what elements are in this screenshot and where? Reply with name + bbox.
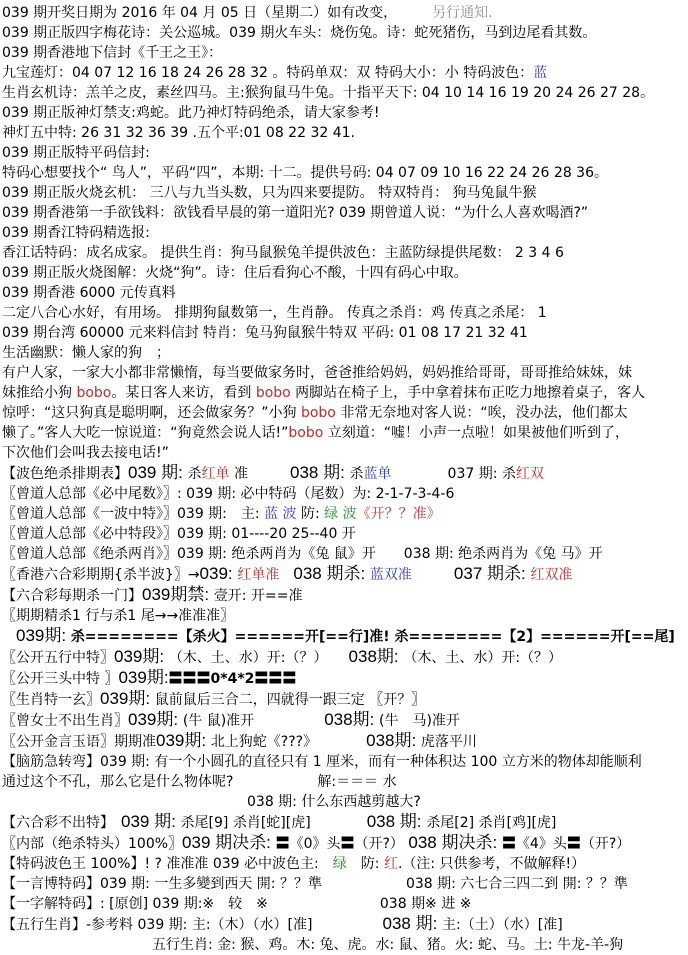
text-segment: 【六合彩不出特】 xyxy=(2,815,121,831)
text-segment: bobo xyxy=(76,385,111,401)
text-segment: 038 期: 六七合三四二到 開: ？？準 xyxy=(406,876,628,892)
text-line: 香江话特码：成名成家。 提供生肖：狗马鼠猴兔羊提供波色：主蓝防绿提供尾数： 2 … xyxy=(2,243,686,263)
text-segment: 〖期期精杀1 行与杀1 尾→→准准准〗 xyxy=(2,608,234,624)
text-segment: 〓 xyxy=(341,836,355,852)
text-line: 通过这个不孔，那么它是什么物体呢? 解:＝＝＝ 水 xyxy=(2,772,686,792)
text-line: 懒了。”客人大吃一惊说道：“狗竟然会说人话!”bobo 立刻道：“嘘！小声一点啦… xyxy=(2,423,686,443)
text-segment: 〖曾道人总部《一波中特》〗039 期: 主: xyxy=(2,506,264,522)
text-segment: 039 期正版特平码信封: xyxy=(2,145,150,161)
text-segment: 【一言博特码】039 期: 一生多變到西天 開: ？？準 xyxy=(2,876,406,892)
text-segment: 绿 波 xyxy=(324,506,356,522)
text-segment: 红单 xyxy=(202,466,230,482)
text-segment: 【六合彩每期杀一门】 xyxy=(2,588,142,604)
text-segment: 神灯五中特: 26 31 32 36 39 .五个平:01 08 22 32 4… xyxy=(2,125,355,141)
text-segment: 〖生肖特一玄〗 xyxy=(2,692,100,708)
text-segment: 039 期香港第一手欲钱料：欲钱看早晨的第一道阳光? 039 期曾道人说：“为什… xyxy=(2,205,588,221)
text-segment: 懒了。”客人大吃一惊说道：“狗竟然会说人话!” xyxy=(2,425,288,441)
text-segment: 039 期开奖日期为 2016 年 04 月 05 日（星期二）如有改变， xyxy=(2,5,390,21)
text-segment: 039期: xyxy=(100,689,155,708)
text-segment: 〓 xyxy=(502,836,516,852)
text-segment xyxy=(412,567,454,583)
document-body: 039 期开奖日期为 2016 年 04 月 05 日（星期二）如有改变， 另行… xyxy=(0,0,688,955)
text-segment: 038期: xyxy=(349,647,404,666)
text-line: 〖期期精杀1 行与杀1 尾→→准准准〗 xyxy=(2,606,686,626)
text-segment: 非常无奈地对客人说：“唉，没办法，他们都太 xyxy=(336,405,628,421)
text-segment: 037 期: xyxy=(448,466,502,482)
text-line: 神灯五中特: 26 31 32 36 39 .五个平:01 08 22 32 4… xyxy=(2,123,686,143)
text-segment: 主:（土）（水）[准] xyxy=(442,917,563,933)
text-segment: 【一字解特码】: [原创] 039 期:※ 较 ※ xyxy=(2,896,380,912)
text-line: 039期: 杀========【杀火】======开[==行]准! 杀=====… xyxy=(2,626,686,647)
text-segment: 另行通知. xyxy=(432,5,492,21)
text-segment: 〖香港六合彩期期{杀半波}〗→ xyxy=(2,567,200,583)
text-segment: 防: xyxy=(297,506,325,522)
text-segment: 〖曾道人总部《绝杀两肖》〗039 期: 绝杀两肖为《兔 鼠》开 038 期: 绝… xyxy=(2,546,603,562)
text-segment: 杀========【杀火】======开[==行]准! 杀========【2】… xyxy=(71,629,675,645)
text-line: 生肖玄机诗：羔羊之皮，素丝四马。主:猴狗鼠马牛兔。十指平天下: 04 10 14… xyxy=(2,83,686,103)
text-segment: 蓝双准 xyxy=(370,567,412,583)
text-segment: （开?） xyxy=(581,836,630,852)
text-segment: 九宝莲灯：04 07 12 16 18 24 26 28 32 。特码单双：双 … xyxy=(2,65,533,81)
text-segment: 038 期※ 进 ※ xyxy=(380,896,472,912)
text-line: 039 期台湾 60000 元来料信封 特肖：兔马狗鼠猴牛特双 平码: 01 0… xyxy=(2,323,686,343)
text-line: 〖曾道人总部《绝杀两肖》〗039 期: 绝杀两肖为《兔 鼠》开 038 期: 绝… xyxy=(2,544,686,564)
text-line: 〖曾道人总部《必中特段》〗039 期: 01----20 25--40 开 xyxy=(2,524,686,544)
text-line: 039 期香港第一手欲钱料：欲钱看早晨的第一道阳光? 039 期曾道人说：“为什… xyxy=(2,203,686,223)
text-segment: 〓 xyxy=(276,836,290,852)
text-segment: 【脑筋急转弯】039 期: 有一个小圆孔的直径只有 1 厘米，而有一种体积达 1… xyxy=(2,754,642,770)
text-segment: 039 期: xyxy=(121,812,181,831)
text-segment xyxy=(392,466,448,482)
text-line: 〖曾道人总部《必中尾数》〗: 039 期: 必中特码（尾数）为: 2-1-7-3… xyxy=(2,484,686,504)
text-segment: 蓝单 xyxy=(364,466,392,482)
text-segment: (牛 鼠)准开 xyxy=(183,713,324,729)
text-segment: 杀 xyxy=(350,466,364,482)
text-segment: 〖曾道人总部《必中尾数》〗: 039 期: 必中特码（尾数）为: 2-1-7-3… xyxy=(2,486,454,502)
text-segment: 妹推给小狗 xyxy=(2,385,76,401)
text-segment: bobo xyxy=(288,425,323,441)
text-segment: 红 xyxy=(384,856,398,872)
text-segment: 039: xyxy=(200,564,238,583)
text-line: 【六合彩每期杀一门】039期禁: 壹开: 开==准 xyxy=(2,585,686,606)
text-segment: 。某日客人来访，看到 xyxy=(111,385,255,401)
text-segment: 生肖玄机诗：羔羊之皮，素丝四马。主:猴狗鼠马牛兔。十指平天下: 04 10 14… xyxy=(2,85,654,101)
text-segment: 038 期: 什么东西越剪越大? xyxy=(247,794,421,810)
text-segment: 039 期香港 6000 元传真料 xyxy=(2,285,176,301)
text-segment: 〖曾女士不出生肖〗 xyxy=(2,713,128,729)
text-segment: 039 期香江特码精选报: xyxy=(2,225,150,241)
text-segment: 五行生肖: 金: 猴、鸡。木: 兔、虎。水: 鼠、猪。火: 蛇、马。土: 牛龙-… xyxy=(152,937,623,953)
text-line: 【六合彩不出特】 039 期: 杀尾[9] 杀肖[蛇][虎] 038 期: 杀尾… xyxy=(2,812,686,833)
text-segment: 039 期香港地下信封《千王之王》： xyxy=(2,45,222,61)
text-segment: 生活幽默：懒人家的狗 ； xyxy=(2,345,170,361)
text-segment: 039 期正版火烧图解：火烧“狗”。诗：住后看狗心不酸，十四有码心中取。 xyxy=(2,265,468,281)
text-segment: 香江话特码：成名成家。 提供生肖：狗马鼠猴兔羊提供波色：主蓝防绿提供尾数： 2 … xyxy=(2,245,564,261)
document-lines: 039 期开奖日期为 2016 年 04 月 05 日（星期二）如有改变， 另行… xyxy=(2,3,686,955)
text-line: 〖曾道人总部《一波中特》〗039 期: 主: 蓝 波 防: 绿 波《开？？准》 xyxy=(2,504,686,524)
text-segment: (牛 马)准开 xyxy=(379,713,460,729)
text-segment: 〖曾道人总部《必中特段》〗039 期: 01----20 25--40 开 xyxy=(2,526,356,542)
text-segment: 039 期决杀: xyxy=(182,833,276,852)
text-segment: 〓 xyxy=(567,836,581,852)
text-line: 〖生肖特一玄〗039期: 鼠前鼠后三合二，四就得一跟三定 〖开？〗 xyxy=(2,689,686,710)
text-line: 〖内部（绝杀特头）100%〗039 期决杀: 〓《0》头〓（开?） 038 期决… xyxy=(2,833,686,854)
text-segment: 039 期正版神灯禁支:鸡蛇。此乃神灯特码绝杀，请大家参考! xyxy=(2,105,380,121)
text-line: 有户人家，一家大小都非常懒惰，每当要做家务时，爸爸推给妈妈，妈妈推给哥哥，哥哥推… xyxy=(2,363,686,383)
text-segment: 039期: xyxy=(128,710,183,729)
text-line: 妹推给小狗 bobo。某日客人来访，看到 bobo 两脚站在椅子上，手中拿着抹布… xyxy=(2,383,686,403)
text-segment: 038 期: xyxy=(382,914,442,933)
text-line: 特码心想要找个“ 鸟人”，平码“四”，本期: 十二。提供号码: 04 07 09… xyxy=(2,163,686,183)
text-line: 下次他们会叫我去接电话!” xyxy=(2,443,686,463)
text-segment: 〖内部（绝杀特头）100%〗 xyxy=(2,836,182,852)
text-line: 039 期香港地下信封《千王之王》： xyxy=(2,43,686,63)
text-segment: 038 期: xyxy=(367,812,427,831)
text-segment: 立刻道：“嘘！小声一点啦！如果被他们听到了， xyxy=(323,425,629,441)
text-line: 【波色绝杀排期表】039 期: 杀红单 准 038 期: 杀蓝单 037 期: … xyxy=(2,463,686,484)
text-line: 【一字解特码】: [原创] 039 期:※ 较 ※ 038 期※ 进 ※ xyxy=(2,894,686,914)
text-segment: 《0》头 xyxy=(290,836,341,852)
text-segment: 〖公开三头中特 〗 xyxy=(2,671,118,687)
text-segment: 通过这个不孔，那么它是什么物体呢? 解:＝＝＝ 水 xyxy=(2,774,397,790)
text-line: 生活幽默：懒人家的狗 ； xyxy=(2,343,686,363)
text-segment: 北上狗蛇《???》 xyxy=(211,734,366,750)
text-segment: 蓝 xyxy=(533,65,547,81)
text-line: 九宝莲灯：04 07 12 16 18 24 26 28 32 。特码单双：双 … xyxy=(2,63,686,83)
text-segment: 039 期台湾 60000 元来料信封 特肖：兔马狗鼠猴牛特双 平码: 01 0… xyxy=(2,325,528,341)
text-segment: bobo xyxy=(256,385,291,401)
text-line: 【五行生肖】-参考料 039 期: 主:（木）（水）[准] 038 期: 主:（… xyxy=(2,914,686,935)
text-line: 039 期正版火烧图解：火烧“狗”。诗：住后看狗心不酸，十四有码心中取。 xyxy=(2,263,686,283)
text-segment xyxy=(390,5,432,21)
text-line: 038 期: 什么东西越剪越大? xyxy=(247,792,686,812)
text-segment: 039期: xyxy=(114,647,169,666)
text-segment: 准 xyxy=(230,466,290,482)
text-segment: 039 期正版四字梅花诗：关公巡城。039 期火车头：烧伤兔。诗：蛇死猪伤，马到… xyxy=(2,25,596,41)
text-segment: 039 期正版火烧玄机： 三八与九当头数，只为四来要提防。 特双特肖： 狗马兔鼠… xyxy=(2,185,537,201)
text-segment: 特码心想要找个“ 鸟人”，平码“四”，本期: 十二。提供号码: 04 07 09… xyxy=(2,165,608,181)
text-segment: 039期: xyxy=(16,626,71,645)
text-line: 039 期正版特平码信封: xyxy=(2,143,686,163)
text-line: 二定八合心水好，有用场。 排期狗鼠数第一，生肖静。 传真之杀肖：鸡 传真之杀尾：… xyxy=(2,303,686,323)
text-line: 〖公开五行中特〗039期: （木、土、水）开:（？） 038期: （木、土、水）… xyxy=(2,647,686,668)
text-segment: （开?） xyxy=(355,836,409,852)
text-segment: 038期: xyxy=(324,710,379,729)
text-segment: 红双 xyxy=(516,466,544,482)
text-segment: 038 期决杀: xyxy=(408,833,502,852)
text-segment: 038期: xyxy=(366,731,421,750)
text-line: 〖公开三头中特 〗039期:〓〓〓0*4*2〓〓〓 xyxy=(2,668,686,689)
text-segment: 红双准 xyxy=(530,567,572,583)
text-segment: 037 期杀: xyxy=(454,564,531,583)
text-segment: 绿 xyxy=(333,856,347,872)
text-line: 039 期香港 6000 元传真料 xyxy=(2,283,686,303)
text-segment: 〖公开五行中特〗 xyxy=(2,650,114,666)
text-segment: bobo xyxy=(301,405,336,421)
text-line: 【脑筋急转弯】039 期: 有一个小圆孔的直径只有 1 厘米，而有一种体积达 1… xyxy=(2,752,686,772)
text-segment: 杀 xyxy=(502,466,516,482)
text-line: 五行生肖: 金: 猴、鸡。木: 兔、虎。水: 鼠、猪。火: 蛇、马。土: 牛龙-… xyxy=(152,935,686,955)
text-segment: 〖公开金言玉语〗期期准 xyxy=(2,734,156,750)
text-line: 【一言博特码】039 期: 一生多變到西天 開: ？？準 038 期: 六七合三… xyxy=(2,874,686,894)
text-segment: （木、土、水）开:（？） xyxy=(169,650,349,666)
text-segment: 【特码波色王 100%】! ? 准准准 039 必中波色主: xyxy=(2,856,333,872)
text-segment: 【五行生肖】-参考料 039 期: 主:（木）（水）[准] xyxy=(2,917,382,933)
text-segment: 杀尾[2] 杀肖[鸡][虎] xyxy=(426,815,556,831)
text-line: 〖公开金言玉语〗期期准039期: 北上狗蛇《???》 038期: 虎落平川 xyxy=(2,731,686,752)
text-segment xyxy=(279,567,293,583)
text-segment xyxy=(2,629,16,645)
text-line: 惊呼：“这只狗真是聪明啊，还会做家务？”小狗 bobo 非常无奈地对客人说：“唉… xyxy=(2,403,686,423)
text-segment: 壹开: 开==准 xyxy=(214,588,303,604)
text-segment: 038 期杀: xyxy=(293,564,370,583)
text-segment: 《开？？准》 xyxy=(357,506,441,522)
text-segment: 有户人家，一家大小都非常懒惰，每当要做家务时，爸爸推给妈妈，妈妈推给哥哥，哥哥推… xyxy=(2,365,632,381)
text-line: 〖曾女士不出生肖〗039期: (牛 鼠)准开 038期: (牛 马)准开 xyxy=(2,710,686,731)
text-segment: 蓝 波 xyxy=(264,506,296,522)
text-segment: 两脚站在椅子上，手中拿着抹布正吃力地擦着桌子，客人 xyxy=(291,385,645,401)
text-segment: 防: xyxy=(347,856,384,872)
text-segment: 039期: xyxy=(156,731,211,750)
text-segment: 惊呼：“这只狗真是聪明啊，还会做家务？”小狗 xyxy=(2,405,301,421)
text-line: 039 期正版四字梅花诗：关公巡城。039 期火车头：烧伤兔。诗：蛇死猪伤，马到… xyxy=(2,23,686,43)
text-line: 〖香港六合彩期期{杀半波}〗→039: 红单准 038 期杀: 蓝双准 037 … xyxy=(2,564,686,585)
text-segment: 二定八合心水好，有用场。 排期狗鼠数第一，生肖静。 传真之杀肖：鸡 传真之杀尾：… xyxy=(2,305,547,321)
text-segment: 〓〓〓0*4*2〓〓〓 xyxy=(169,671,297,687)
text-segment: 红单准 xyxy=(237,567,279,583)
text-segment: 039期禁: xyxy=(142,585,214,604)
text-segment: 【波色绝杀排期表】 xyxy=(2,466,128,482)
text-segment: 杀尾[9] 杀肖[蛇][虎] xyxy=(181,815,367,831)
text-segment: .（注: 只供参考，不做解释!） xyxy=(398,856,585,872)
text-line: 039 期香江特码精选报: xyxy=(2,223,686,243)
text-segment: 039 期: xyxy=(128,463,188,482)
text-segment: 杀 xyxy=(188,466,202,482)
text-segment: 039期: xyxy=(118,668,168,687)
text-segment: 038 期: xyxy=(290,463,350,482)
text-line: 【特码波色王 100%】! ? 准准准 039 必中波色主: 绿 防: 红.（注… xyxy=(2,854,686,874)
text-segment: 虎落平川 xyxy=(421,734,477,750)
text-line: 039 期开奖日期为 2016 年 04 月 05 日（星期二）如有改变， 另行… xyxy=(2,3,686,23)
text-line: 039 期正版神灯禁支:鸡蛇。此乃神灯特码绝杀，请大家参考! xyxy=(2,103,686,123)
text-segment: 《4》头 xyxy=(516,836,567,852)
text-segment: 鼠前鼠后三合二，四就得一跟三定 〖开？〗 xyxy=(155,692,425,708)
text-segment: （木、土、水）开:（？） xyxy=(403,650,562,666)
text-segment: 下次他们会叫我去接电话!” xyxy=(2,445,169,461)
text-line: 039 期正版火烧玄机： 三八与九当头数，只为四来要提防。 特双特肖： 狗马兔鼠… xyxy=(2,183,686,203)
